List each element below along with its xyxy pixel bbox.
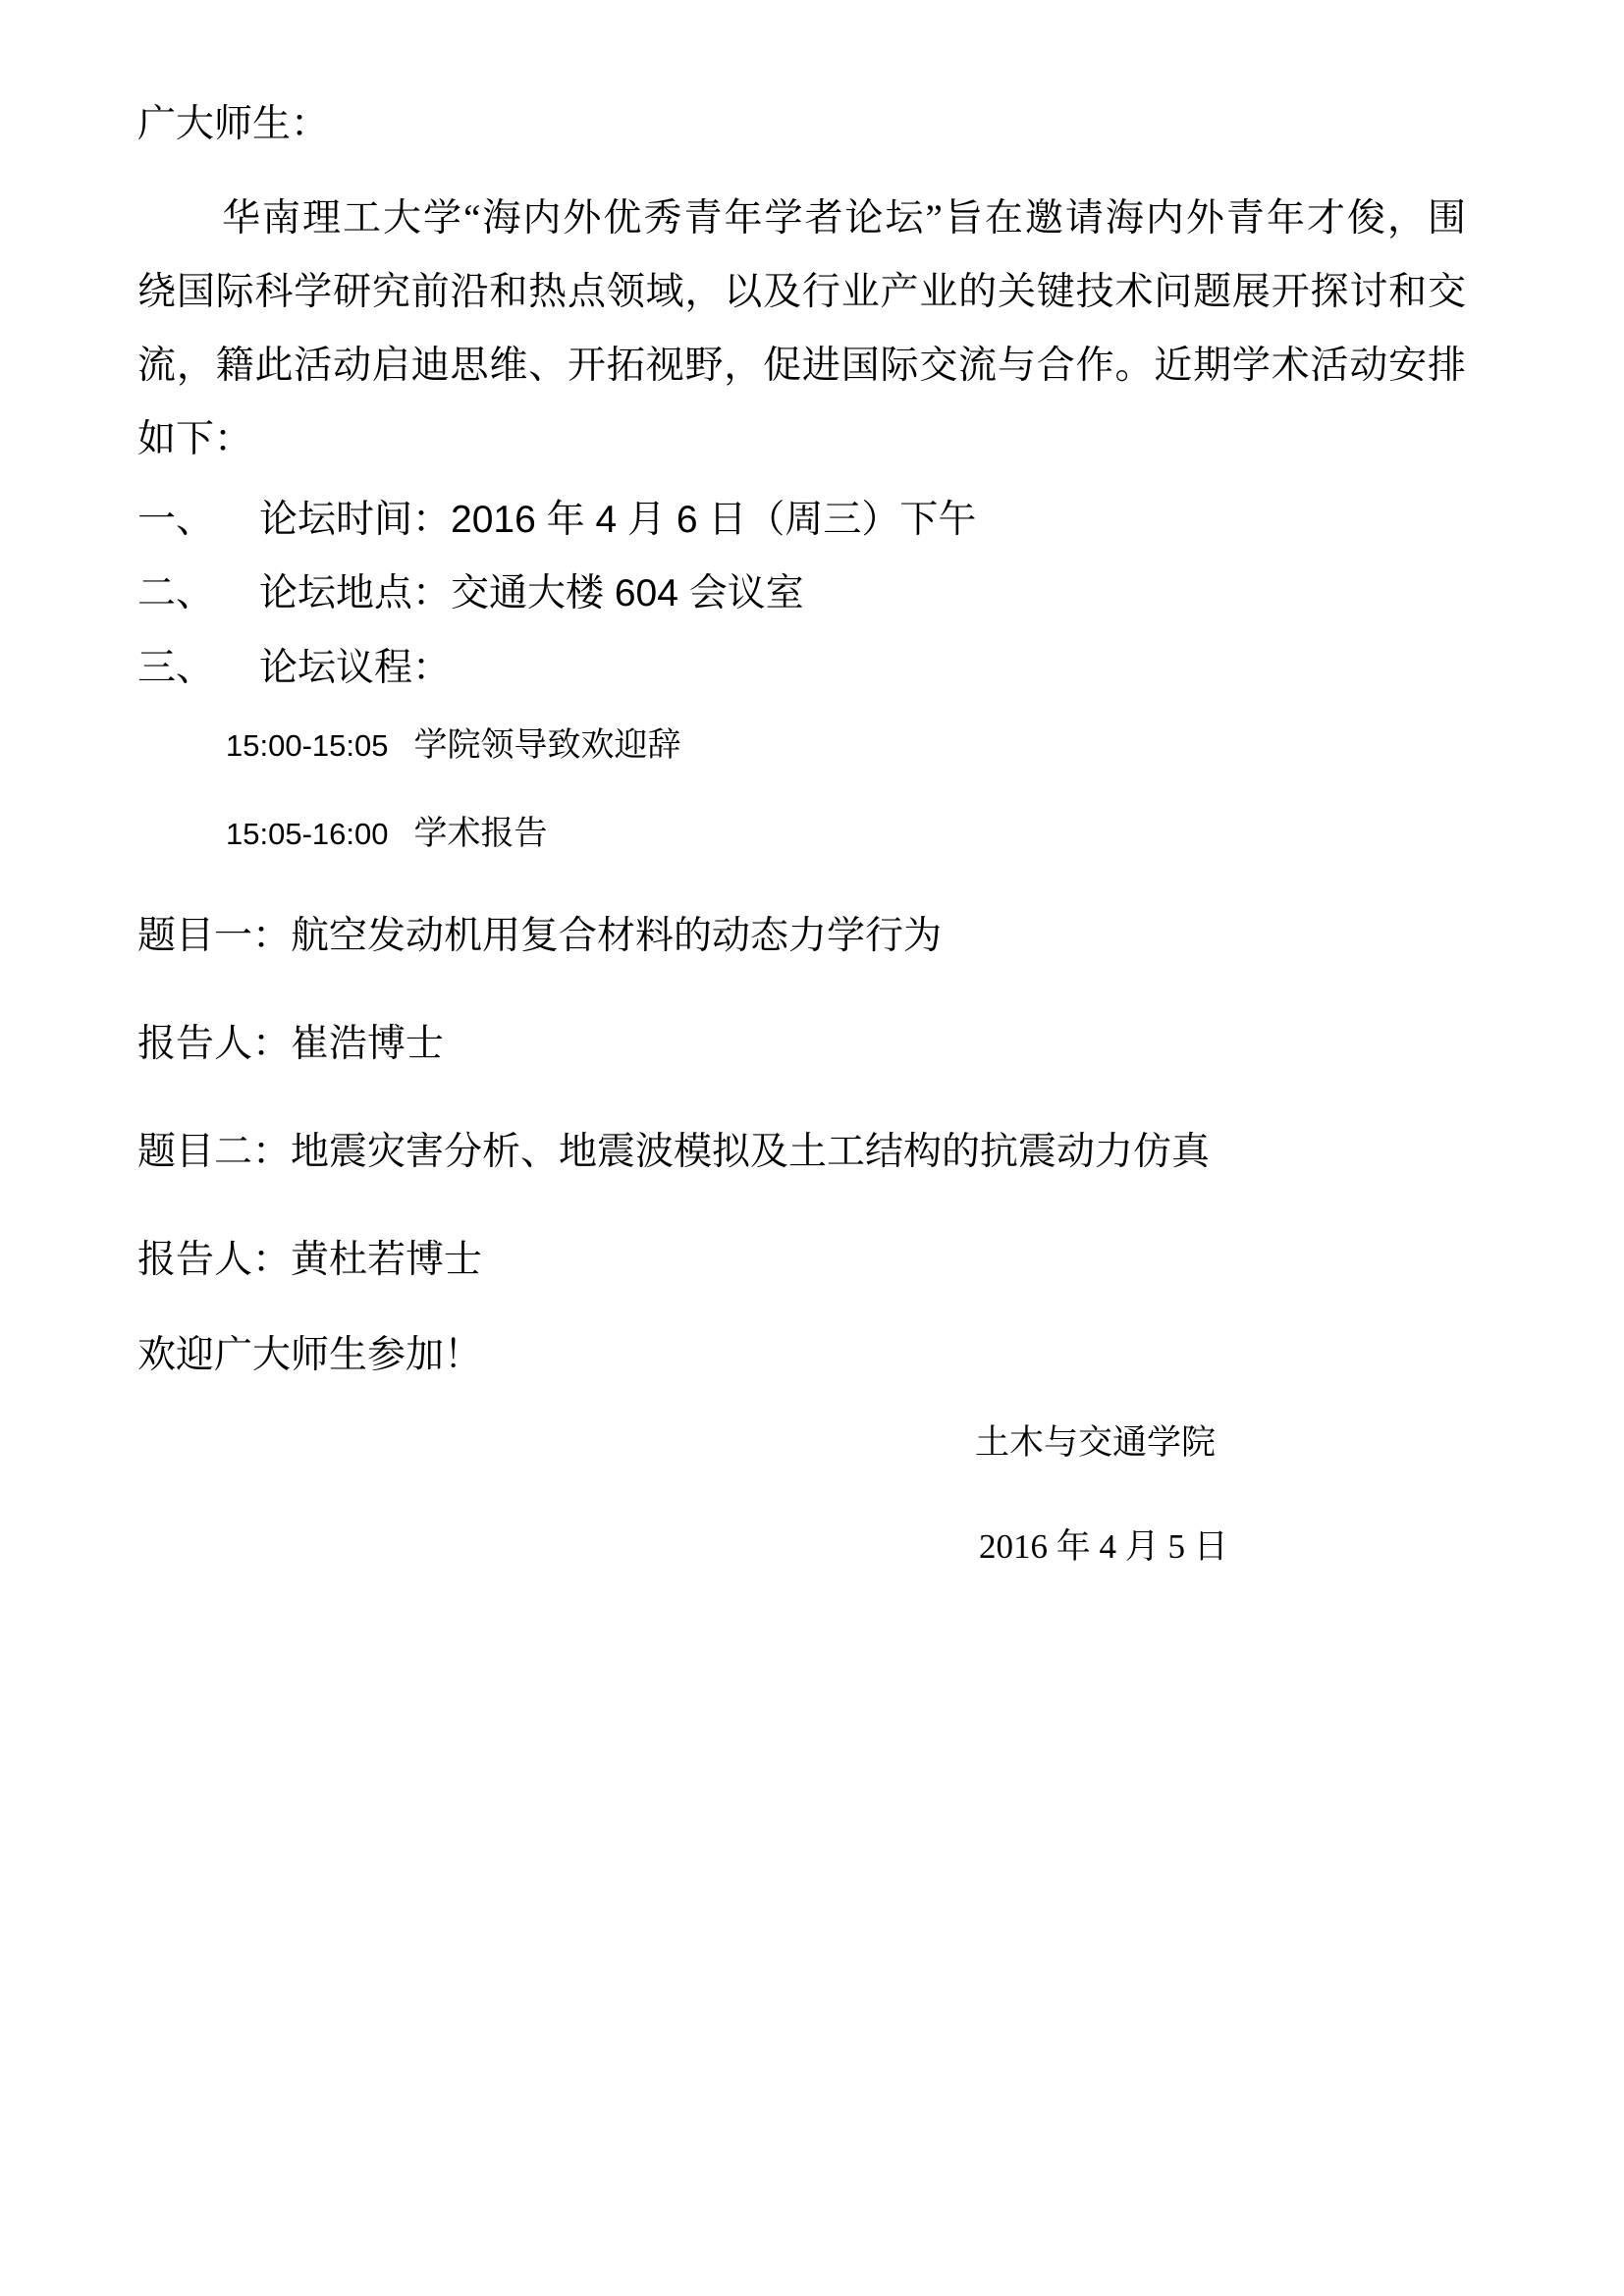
talk1-title-line: 题目一：航空发动机用复合材料的动态力学行为 (137, 914, 942, 959)
signature-date: 2016 年 4 月 5 日 (979, 1526, 1228, 1568)
list-item-forum-time: 一、论坛时间：2016 年 4 月 6 日（周三）下午 (137, 498, 976, 543)
talk-title-label: 题目一： (137, 915, 291, 957)
talk2-title-line: 题目二：地震灾害分析、地震波模拟及土工结构的抗震动力仿真 (137, 1130, 1210, 1175)
talk-title: 航空发动机用复合材料的动态力学行为 (291, 915, 942, 957)
closing-line: 欢迎广大师生参加！ (137, 1333, 482, 1378)
talk-title: 地震灾害分析、地震波模拟及土工结构的抗震动力仿真 (291, 1131, 1210, 1173)
document-page: 广大师生： 华南理工大学“海内外优秀青年学者论坛”旨在邀请海内外青年才俊，围 绕… (0, 0, 1624, 2296)
list-item-number: 三、 (137, 646, 214, 691)
talk-title-label: 题目二： (137, 1131, 291, 1173)
agenda-activity: 学院领导致欢迎辞 (413, 727, 680, 764)
list-item-value: 交通大楼 604 会议室 (451, 572, 804, 614)
signature-college: 土木与交通学院 (975, 1422, 1216, 1464)
intro-line-1: 华南理工大学“海内外优秀青年学者论坛”旨在邀请海内外青年才俊，围 (137, 182, 1466, 255)
speaker-label: 报告人： (137, 1239, 291, 1281)
list-item-number: 二、 (137, 571, 214, 616)
intro-line-3: 流，籍此活动启迪思维、开拓视野，促进国际交流与合作。近期学术活动安排 (137, 329, 1466, 402)
list-item-label: 论坛议程： (259, 647, 451, 689)
speaker-name: 黄杜若博士 (291, 1239, 482, 1281)
talk2-speaker-line: 报告人：黄杜若博士 (137, 1238, 482, 1283)
agenda-row-welcome: 15:00-15:05学院领导致欢迎辞 (226, 726, 680, 766)
intro-paragraph: 华南理工大学“海内外优秀青年学者论坛”旨在邀请海内外青年才俊，围 绕国际科学研究… (137, 182, 1466, 476)
list-item-forum-agenda: 三、论坛议程： (137, 646, 451, 691)
speaker-label: 报告人： (137, 1023, 291, 1065)
agenda-row-talks: 15:05-16:00学术报告 (226, 815, 547, 854)
agenda-time: 15:00-15:05 (226, 728, 388, 763)
list-item-label: 论坛地点： (259, 572, 451, 614)
list-item-number: 一、 (137, 498, 214, 543)
list-item-label: 论坛时间： (259, 499, 451, 541)
salutation: 广大师生： (137, 102, 329, 147)
list-item-value: 2016 年 4 月 6 日（周三）下午 (451, 499, 976, 541)
agenda-activity: 学术报告 (413, 816, 547, 852)
speaker-name: 崔浩博士 (291, 1023, 444, 1065)
intro-line-4: 如下： (137, 402, 1466, 476)
intro-line-2: 绕国际科学研究前沿和热点领域，以及行业产业的关键技术问题展开探讨和交 (137, 255, 1466, 329)
agenda-time: 15:05-16:00 (226, 817, 388, 851)
list-item-forum-location: 二、论坛地点：交通大楼 604 会议室 (137, 571, 804, 616)
talk1-speaker-line: 报告人：崔浩博士 (137, 1022, 444, 1067)
